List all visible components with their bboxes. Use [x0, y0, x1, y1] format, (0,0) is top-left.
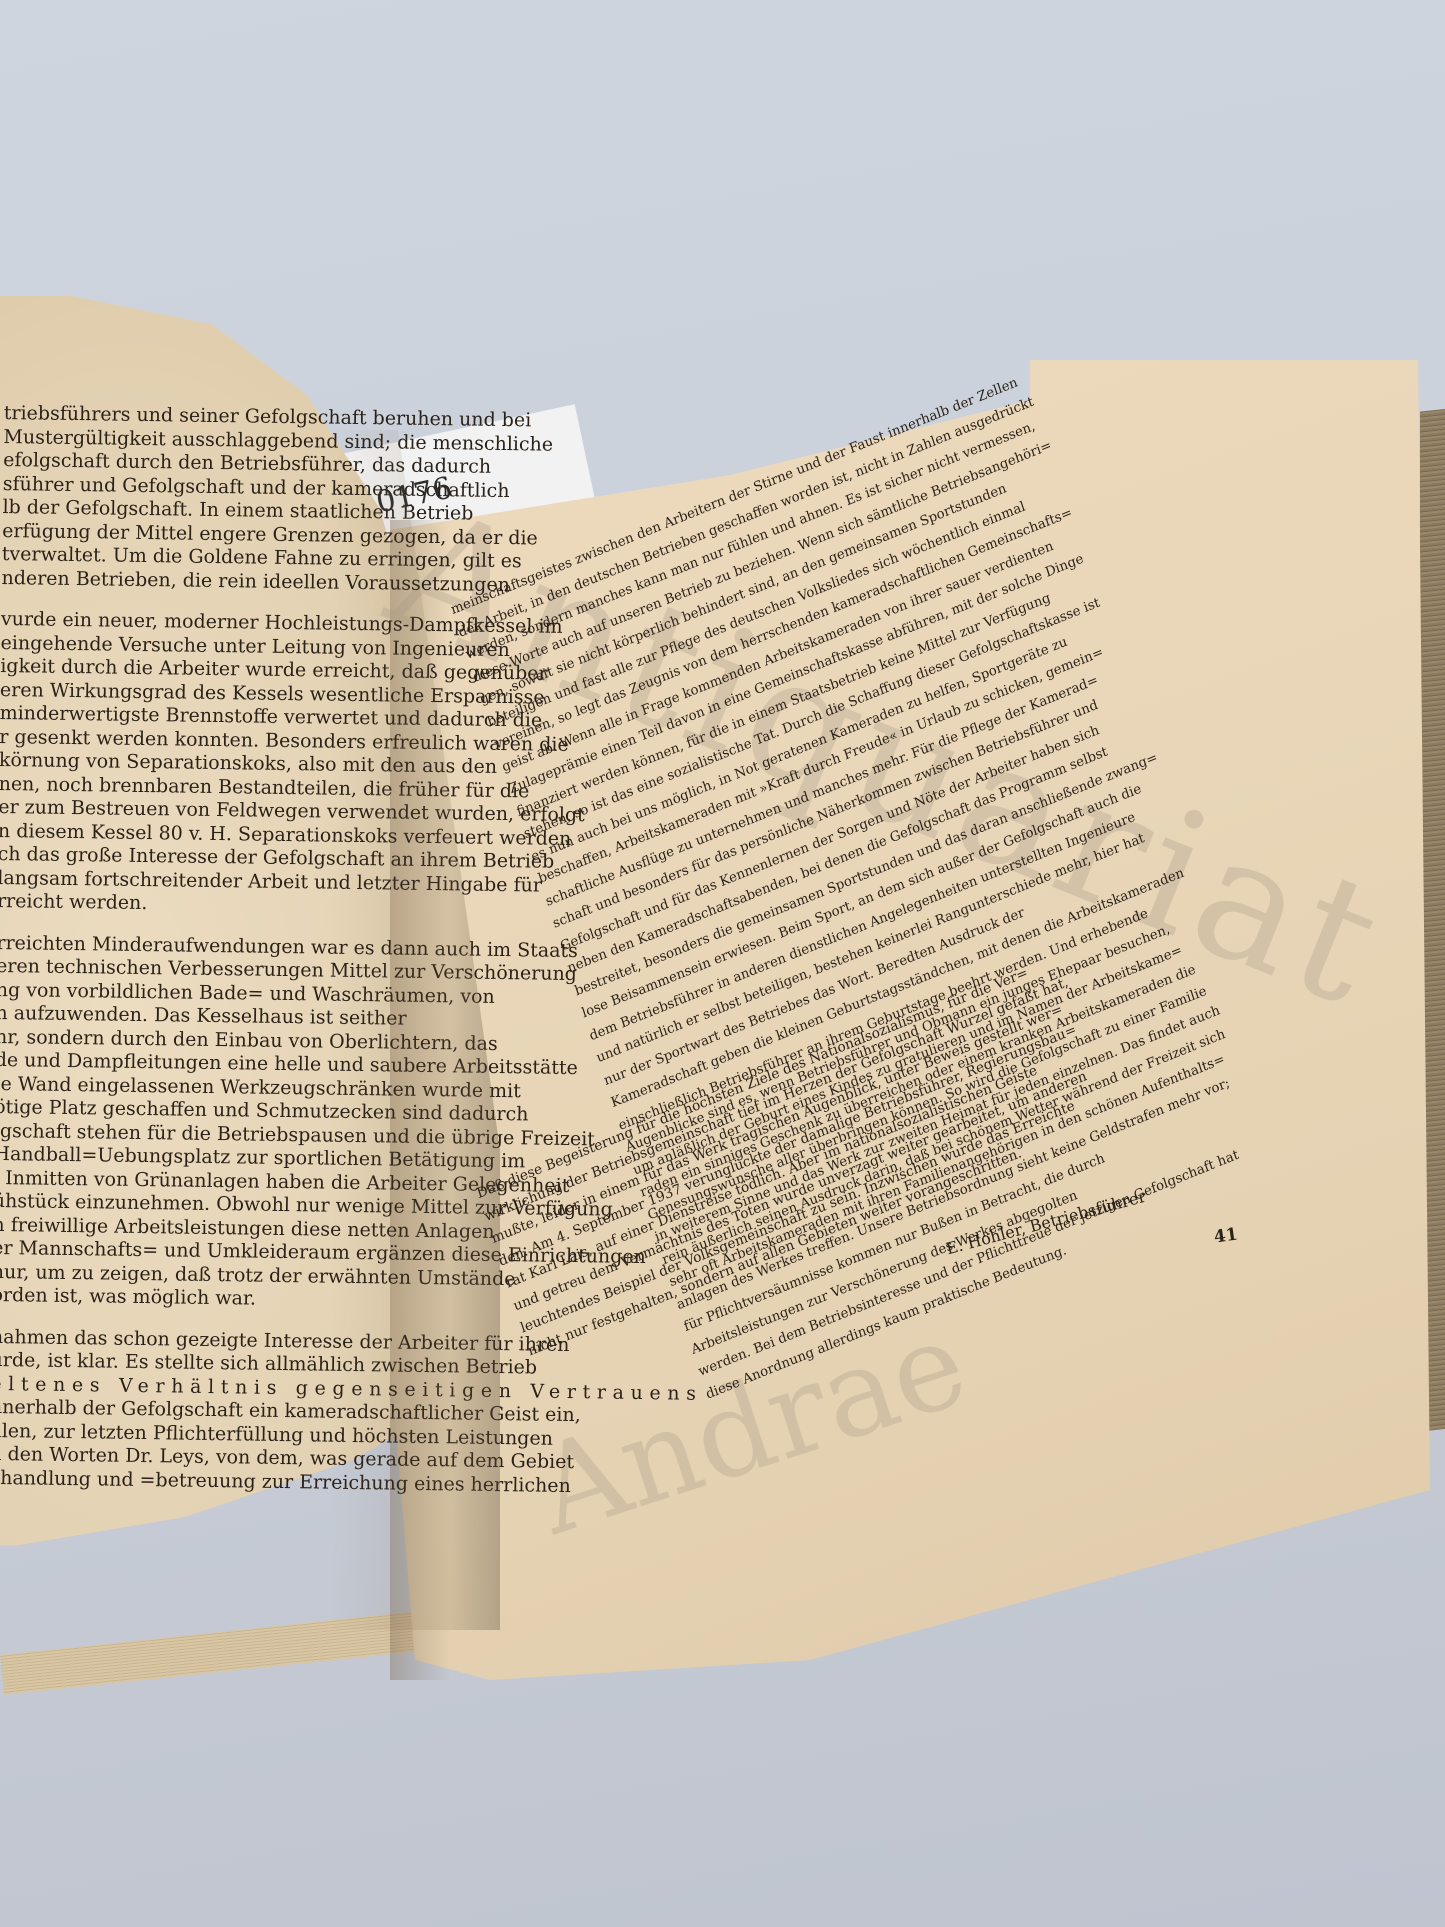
photo-scene: 0176 Antiquariat Andrae triebsführers un…	[0, 0, 1445, 1927]
page-number: 41	[1213, 1224, 1239, 1247]
